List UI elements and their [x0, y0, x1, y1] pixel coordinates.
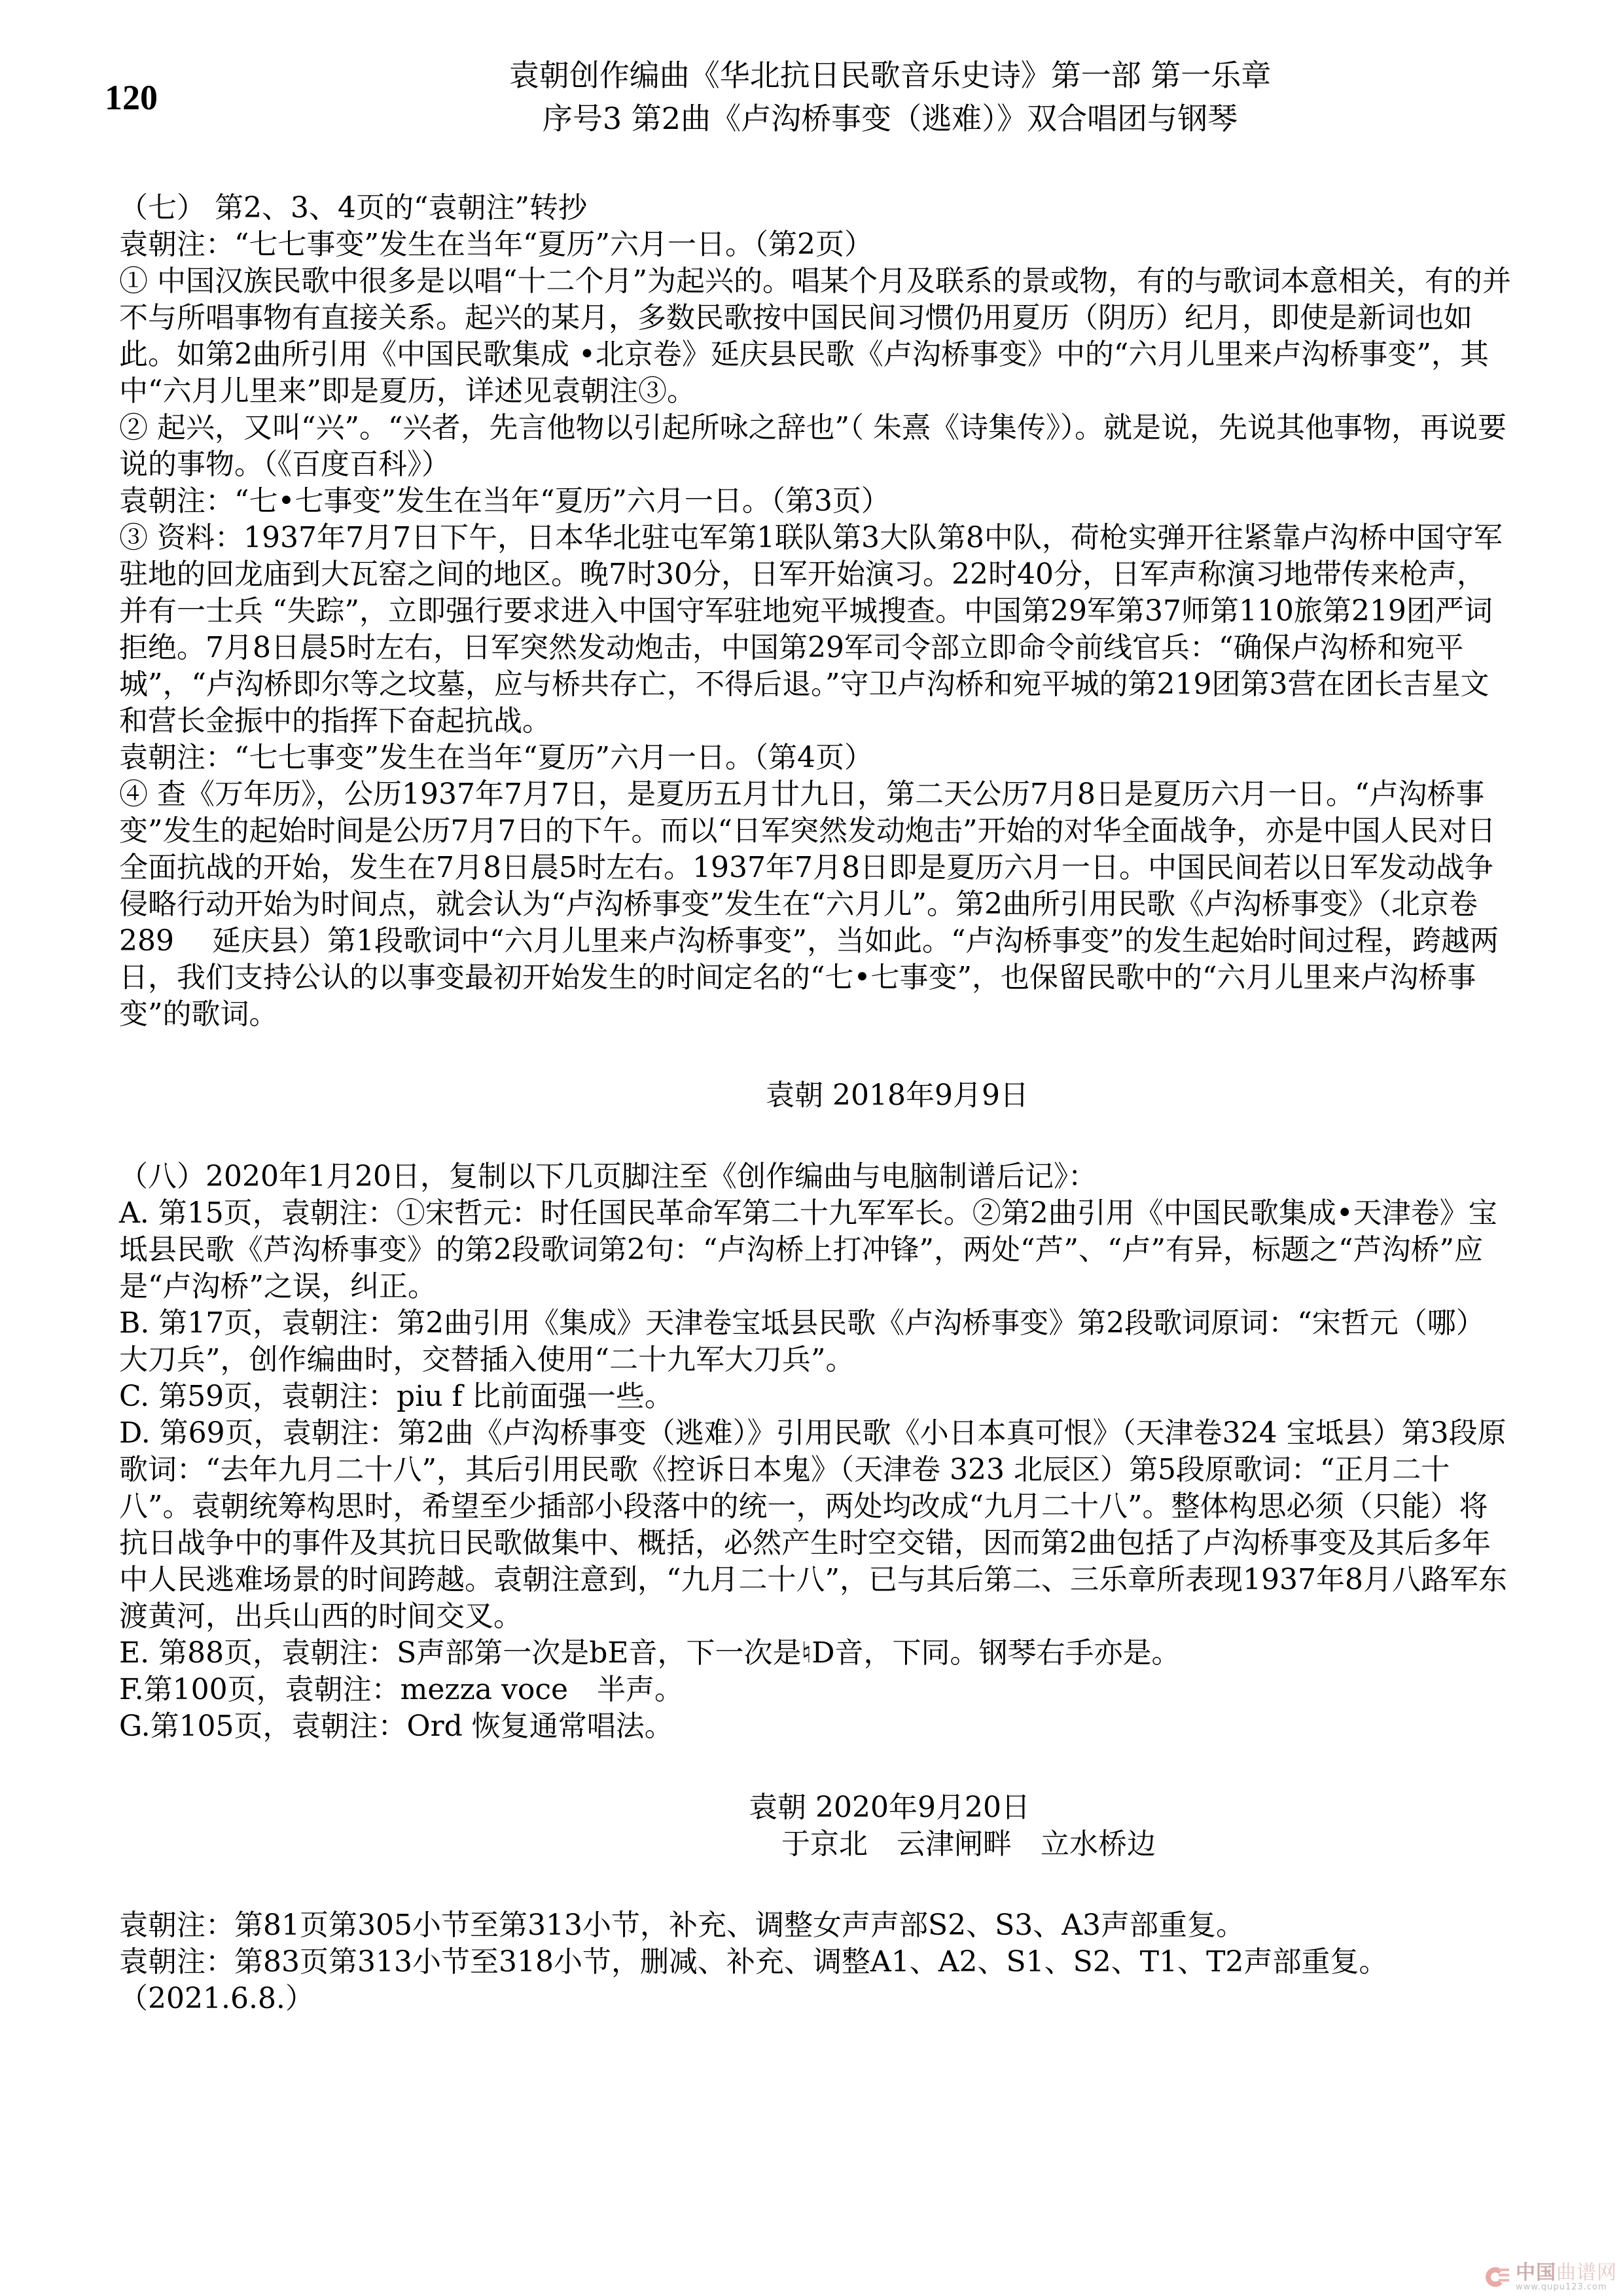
note-item-f: F.第100页，袁朝注：mezza voce 半声。 [119, 1672, 1513, 1708]
footnote-2: ② 起兴，又叫“兴”。“兴者，先言他物以引起所咏之辞也”（ 朱熹《诗集传》）。就… [119, 410, 1513, 483]
footnote-4: ④ 查《万年历》，公历1937年7月7日，是夏历五月廿九日，第二天公历7月8日是… [119, 776, 1513, 1033]
note-item-d: D. 第69页，袁朝注：第2曲《卢沟桥事变（逃难）》引用民歌《小日本真可恨》（天… [119, 1415, 1513, 1635]
note-page-4: 袁朝注：“七七事变”发生在当年“夏历”六月一日。（第4页） [119, 740, 1513, 776]
note-page-2: 袁朝注：“七七事变”发生在当年“夏历”六月一日。（第2页） [119, 226, 1513, 263]
footnote-1: ① 中国汉族民歌中很多是以唱“十二个月”为起兴的。唱某个月及联系的景或物，有的与… [119, 263, 1513, 410]
footnote-3: ③ 资料：1937年7月7日下午，日本华北驻屯军第1联队第3大队第8中队，荷枪实… [119, 520, 1513, 740]
document-body: （七） 第2、3、4页的“袁朝注”转抄 袁朝注：“七七事变”发生在当年“夏历”六… [119, 190, 1513, 2017]
note-item-c: C. 第59页，袁朝注：piu f 比前面强一些。 [119, 1378, 1513, 1415]
watermark-subtitle: 曲谱网 [1556, 2261, 1617, 2284]
section-8: （八）2020年1月20日，复制以下几页脚注至《创作编曲与电脑制谱后记》： A.… [119, 1158, 1513, 1907]
section-7: （七） 第2、3、4页的“袁朝注”转抄 袁朝注：“七七事变”发生在当年“夏历”六… [119, 190, 1513, 1158]
qupu-logo-icon [1486, 2266, 1512, 2289]
signature-2020-date: 袁朝 2020年9月20日 [119, 1789, 1513, 1826]
watermark-title: 中国 [1516, 2261, 1556, 2284]
note-item-a: A. 第15页，袁朝注：①宋哲元：时任国民革命军第二十九军军长。②第2曲引用《中… [119, 1195, 1513, 1305]
final-note-date: （2021.6.8.） [119, 1981, 1513, 2017]
signature-2020-place: 于京北 云津闸畔 立水桥边 [119, 1826, 1513, 1863]
final-note-83: 袁朝注：第83页第313小节至318小节，删减、补充、调整A1、A2、S1、S2… [119, 1944, 1513, 1981]
header-title-line-2: 序号3 第2曲《卢沟桥事变（逃难）》双合唱团与钢琴 [445, 97, 1335, 140]
note-item-g: G.第105页，袁朝注：Ord 恢复通常唱法。 [119, 1708, 1513, 1745]
page-number: 120 [105, 77, 158, 118]
watermark-url: www.qupu123.com [1516, 2283, 1617, 2291]
watermark: 中国曲谱网 www.qupu123.com [1486, 2263, 1617, 2291]
section-8-title: （八）2020年1月20日，复制以下几页脚注至《创作编曲与电脑制谱后记》： [119, 1158, 1513, 1195]
final-notes: 袁朝注：第81页第305小节至第313小节，补充、调整女声声部S2、S3、A3声… [119, 1907, 1513, 2017]
section-7-title: （七） 第2、3、4页的“袁朝注”转抄 [119, 190, 1513, 226]
document-header: 袁朝创作编曲《华北抗日民歌音乐史诗》第一部 第一乐章 序号3 第2曲《卢沟桥事变… [445, 54, 1335, 140]
note-item-b: B. 第17页，袁朝注：第2曲引用《集成》天津卷宝坻县民歌《卢沟桥事变》第2段歌… [119, 1305, 1513, 1378]
final-note-81: 袁朝注：第81页第305小节至第313小节，补充、调整女声声部S2、S3、A3声… [119, 1907, 1513, 1944]
header-title-line-1: 袁朝创作编曲《华北抗日民歌音乐史诗》第一部 第一乐章 [445, 54, 1335, 97]
signature-2018: 袁朝 2018年9月9日 [119, 1077, 1513, 1114]
note-item-e: E. 第88页，袁朝注：S声部第一次是bE音，下一次是♮D音，下同。钢琴右手亦是… [119, 1635, 1513, 1672]
note-page-3: 袁朝注：“七•七事变”发生在当年“夏历”六月一日。（第3页） [119, 483, 1513, 520]
